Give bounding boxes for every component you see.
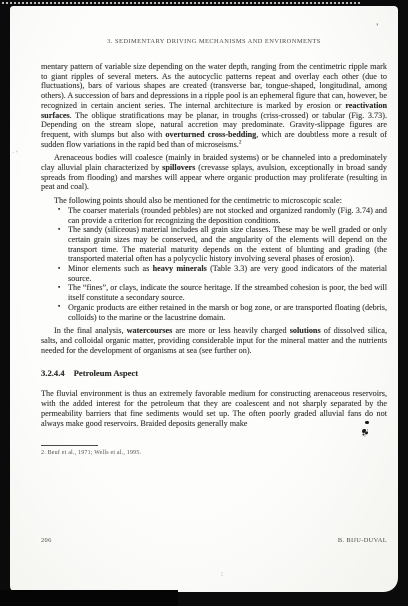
text-segment: The “fines”, or clays, indicate the sour… [68,283,387,302]
bold-term: spillovers [162,163,195,172]
bold-term: overturned cross-bedding [165,130,256,139]
footnote: 2. Beuf et al., 1971; Wells et al., 1995… [41,445,387,456]
text-segment: mentary pattern of variable size dependi… [41,62,387,110]
bullet-list: ▪The coarser materials (rounded pebbles)… [41,206,387,322]
footnote-ref: 2 [239,139,242,145]
bullet-icon: ▪ [58,302,60,312]
text-segment: are more or less heavily charged [172,326,289,335]
paragraph-4: In the final analysis, watercourses are … [41,326,387,355]
text-segment: In the final analysis, [54,326,127,335]
paragraph-2: Arenaceous bodies will coalesce (mainly … [41,153,387,192]
scanned-page-background: ' ·ʼ 3. SEDIMENTARY DRIVING MECHANISMS A… [0,0,408,606]
bullet-icon: ▪ [58,205,60,215]
bullet-item: ▪The coarser materials (rounded pebbles)… [41,206,387,225]
author-name: B. BIJU-DUVAL [338,537,387,544]
bullet-item: ▪The sandy (siliceous) material includes… [41,225,387,264]
page-number: 206 [41,537,52,544]
bold-term: watercourses [127,326,173,335]
page-content: 3. SEDIMENTARY DRIVING MECHANISMS AND EN… [10,6,398,456]
bullet-item: ▪The “fines”, or clays, indicate the sou… [41,283,387,302]
bullet-icon: ▪ [58,225,60,235]
bullet-item: ▪Minor elements such as heavy minerals (… [41,264,387,283]
bold-term: heavy minerals [153,264,207,273]
text-segment: The coarser materials (rounded pebbles) … [68,206,387,225]
bold-term: solutions [290,326,321,335]
bullet-icon: ▪ [58,264,60,274]
paragraph-3-intro: The following points should also be ment… [41,196,387,206]
footnote-text: 2. Beuf et al., 1971; Wells et al., 1995… [41,450,387,456]
paragraph-1: mentary pattern of variable size dependi… [41,62,387,149]
page-footer: 206 B. BIJU-DUVAL [41,537,387,544]
ink-stain-dot [365,421,369,424]
section-title: Petroleum Aspect [74,368,139,378]
bullet-item: ▪Organic products are either retained in… [41,303,387,322]
text-segment: The sandy (siliceous) material includes … [68,225,387,263]
section-number: 3.2.4.4 [41,368,65,378]
footnote-rule [41,445,98,446]
bullet-icon: ▪ [58,283,60,293]
running-head: 3. SEDIMENTARY DRIVING MECHANISMS AND EN… [41,38,387,45]
scan-edge-dotted-line [2,2,360,4]
document-page: ' ·ʼ 3. SEDIMENTARY DRIVING MECHANISMS A… [10,6,398,592]
scan-edge-strip [0,590,178,606]
text-segment: Minor elements such as [68,264,153,273]
section-heading: 3.2.4.4Petroleum Aspect [41,368,387,378]
paragraph-5: The fluvial environment is thus an extre… [41,389,387,428]
text-segment: Organic products are either retained in … [68,303,387,322]
bottom-colon-mark: : [221,570,223,578]
